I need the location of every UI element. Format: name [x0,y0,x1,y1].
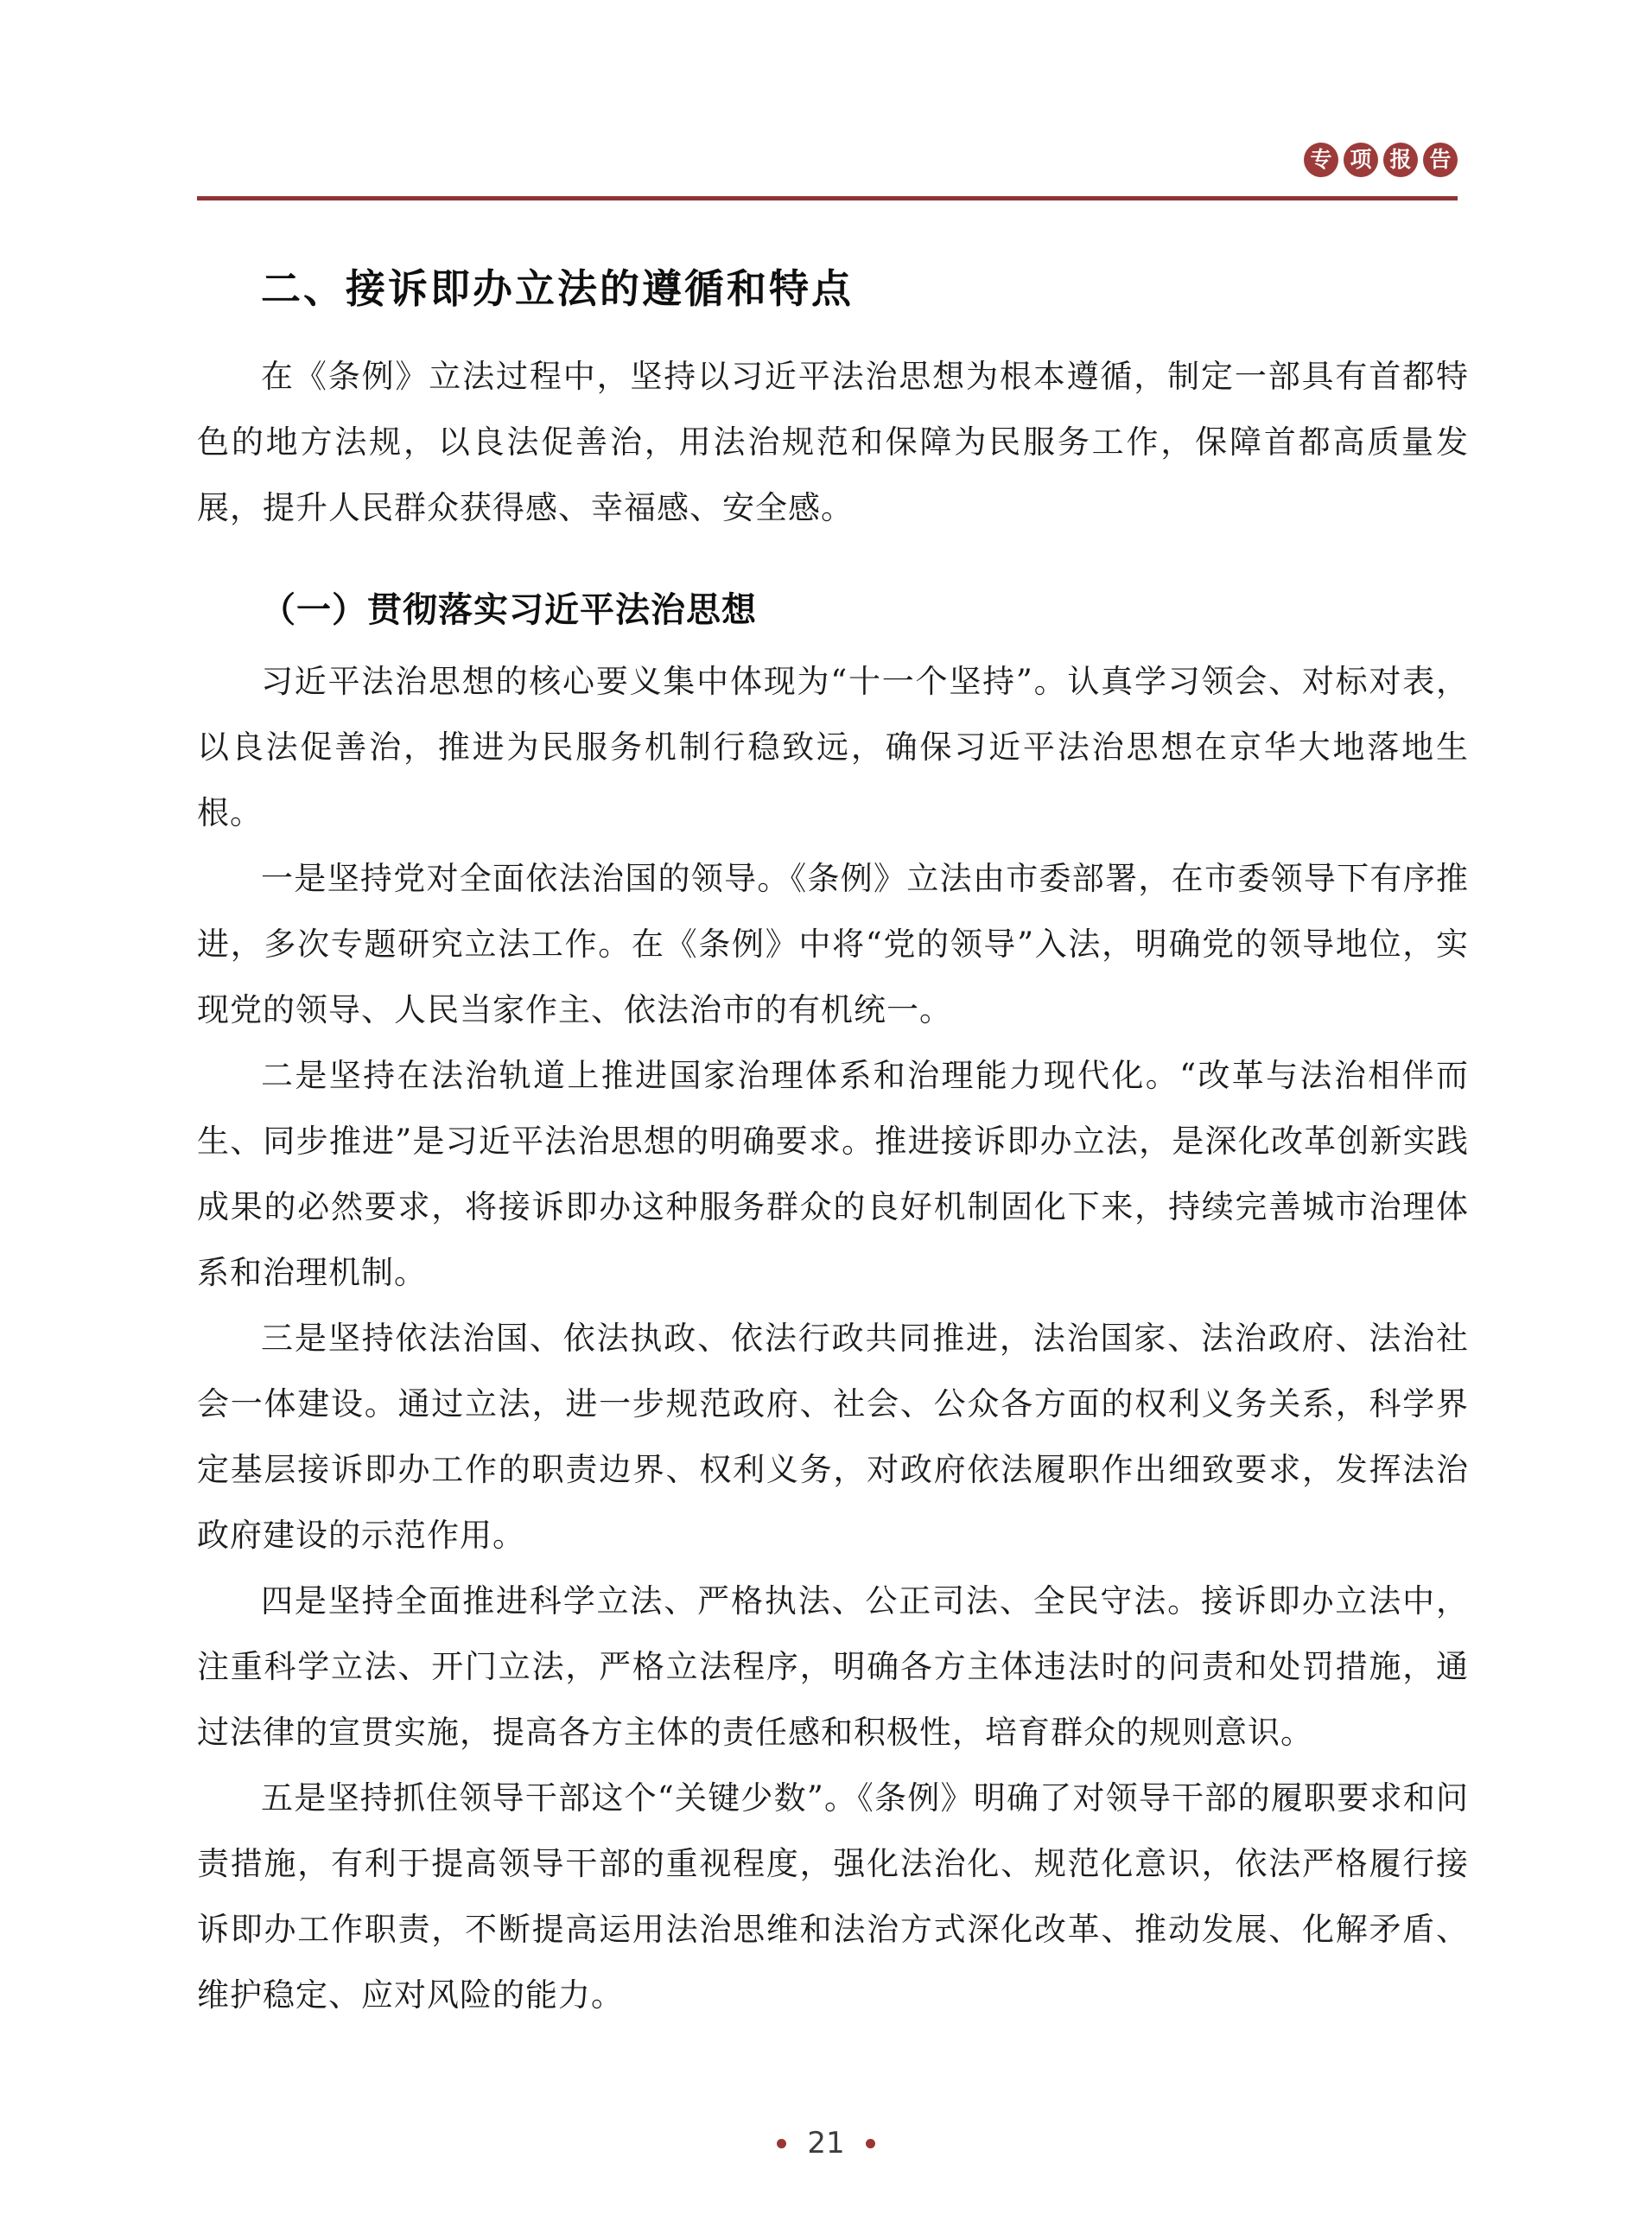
page-footer: 21 [0,2126,1652,2160]
header-rule [197,196,1458,200]
body-paragraph: 二是坚持在法治轨道上推进国家治理体系和治理能力现代化。“改革与法治相伴而生、同步… [197,1043,1469,1306]
body-paragraph: 三是坚持依法治国、依法执政、依法行政共同推进，法治国家、法治政府、法治社会一体建… [197,1306,1469,1569]
body-paragraph: 习近平法治思想的核心要义集中体现为“十一个坚持”。认真学习领会、对标对表，以良法… [197,649,1469,846]
section-heading: （一）贯彻落实习近平法治思想 [197,582,1469,632]
footer-dot-icon [866,2139,875,2148]
body-paragraph: 四是坚持全面推进科学立法、严格执法、公正司法、全民守法。接诉即办立法中，注重科学… [197,1569,1469,1766]
body-paragraph: 一是坚持党对全面依法治国的领导。《条例》立法由市委部署，在市委领导下有序推进，多… [197,846,1469,1043]
header-badge: 报 [1383,143,1418,177]
header-badge: 告 [1423,143,1458,177]
page-title: 二、接诉即办立法的遵循和特点 [197,258,1469,315]
intro-paragraph: 在《条例》立法过程中，坚持以习近平法治思想为根本遵循，制定一部具有首都特色的地方… [197,344,1469,541]
page-number: 21 [807,2126,844,2160]
header-report-type-badges: 专 项 报 告 [1304,143,1458,177]
header-badge: 项 [1344,143,1378,177]
header-badge: 专 [1304,143,1338,177]
document-body: 二、接诉即办立法的遵循和特点 在《条例》立法过程中，坚持以习近平法治思想为根本遵… [197,223,1469,2028]
document-page: 专 项 报 告 二、接诉即办立法的遵循和特点 在《条例》立法过程中，坚持以习近平… [0,0,1652,2240]
footer-dot-icon [777,2139,786,2148]
body-paragraph: 五是坚持抓住领导干部这个“关键少数”。《条例》明确了对领导干部的履职要求和问责措… [197,1766,1469,2028]
